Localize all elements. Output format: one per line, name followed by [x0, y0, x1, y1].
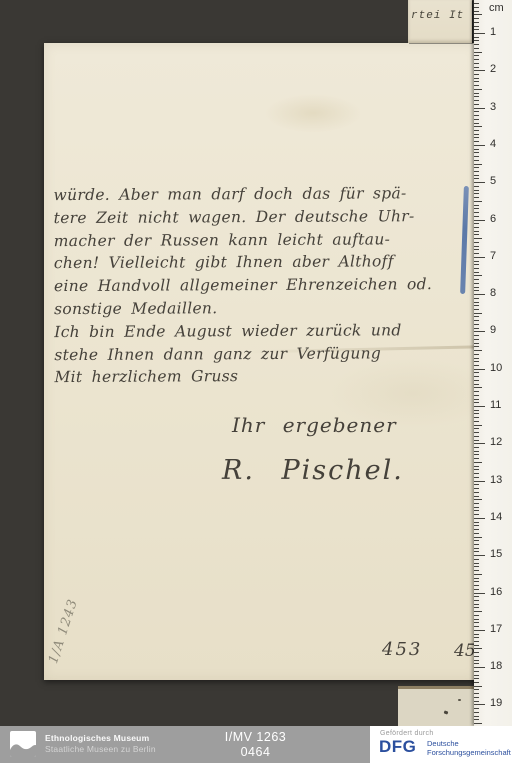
ruler-tick — [474, 93, 479, 94]
ruler-tick — [474, 220, 485, 221]
ruler-tick — [474, 589, 479, 590]
funding-label: Gefördert durch — [380, 730, 434, 737]
ruler-tick — [474, 372, 479, 373]
ruler-tick — [474, 376, 479, 377]
ruler-tick — [474, 272, 479, 273]
ruler-tick — [474, 14, 482, 15]
ruler-number: 1 — [490, 26, 496, 38]
ruler-number: 8 — [490, 287, 496, 299]
ruler-tick — [474, 469, 479, 470]
ruler-tick — [474, 253, 479, 254]
ruler-tick — [474, 432, 479, 433]
ruler-tick — [474, 149, 479, 150]
ruler-tick — [474, 89, 482, 90]
ruler-tick — [474, 197, 479, 198]
ruler-number: 18 — [490, 660, 502, 672]
ruler-tick — [474, 186, 479, 187]
ruler-tick — [474, 261, 479, 262]
ruler-tick — [474, 287, 479, 288]
scan-viewport: würde. Aber man darf doch das für spä- t… — [0, 0, 512, 763]
ruler-tick — [474, 193, 479, 194]
ruler-tick — [474, 171, 479, 172]
ruler-tick — [474, 331, 485, 332]
ruler-number: 12 — [490, 436, 502, 448]
inventory-block: I/MV 1263 0464 — [178, 730, 333, 759]
ruler-tick — [474, 648, 482, 649]
ruler-tick — [474, 81, 479, 82]
ruler-tick — [474, 413, 479, 414]
ruler-tick — [474, 473, 479, 474]
ruler-tick — [474, 496, 479, 497]
ruler-tick — [474, 208, 479, 209]
ruler-tick — [474, 462, 482, 463]
ruler-tick — [474, 85, 479, 86]
ruler-tick — [474, 555, 485, 556]
dfg-org-name: Deutsche Forschungsgemeinschaft — [427, 740, 511, 757]
ruler-tick — [474, 190, 479, 191]
ruler-tick — [474, 525, 479, 526]
ruler-tick — [474, 712, 479, 713]
ruler-tick — [474, 223, 479, 224]
ruler-tick — [474, 33, 485, 34]
ruler-tick — [474, 234, 479, 235]
ruler-tick — [474, 693, 479, 694]
ruler-tick — [474, 428, 479, 429]
ruler-tick — [474, 350, 482, 351]
ruler-tick — [474, 488, 479, 489]
ruler-tick — [474, 130, 479, 131]
ruler-tick — [474, 645, 479, 646]
ink-speck — [458, 699, 461, 701]
ruler-tick — [474, 667, 485, 668]
ruler-tick — [474, 585, 479, 586]
ruler-tick — [474, 343, 479, 344]
ruler-tick — [474, 656, 479, 657]
ruler-tick — [474, 626, 479, 627]
ruler-tick — [474, 551, 479, 552]
ruler-tick — [474, 104, 479, 105]
ruler-tick — [474, 593, 485, 594]
ruler-tick — [474, 242, 479, 243]
ruler-tick — [474, 227, 479, 228]
ruler-tick — [474, 559, 479, 560]
paper-fragment-typed: rtei It — [408, 0, 472, 43]
ruler-tick — [474, 566, 479, 567]
ruler-tick — [474, 205, 479, 206]
ruler-tick — [474, 406, 485, 407]
ruler-number: 10 — [490, 362, 502, 374]
ruler-tick — [474, 48, 479, 49]
ruler-tick — [474, 268, 479, 269]
ruler-tick — [474, 652, 479, 653]
ruler-tick — [474, 447, 479, 448]
ruler-number: 13 — [490, 474, 502, 486]
signature: R. Pischel. — [222, 455, 404, 486]
ruler-tick — [474, 115, 479, 116]
museum-subtitle: Staatliche Museen zu Berlin — [45, 744, 156, 755]
ruler-tick — [474, 402, 479, 403]
ruler-tick — [474, 70, 485, 71]
ruler-tick — [474, 78, 479, 79]
ruler-tick — [474, 436, 479, 437]
ruler-tick — [474, 518, 485, 519]
ruler-tick — [474, 391, 479, 392]
letter-line: macher der Russen kann leicht auftau- — [54, 228, 472, 253]
ruler-tick — [474, 708, 479, 709]
ruler-tick — [474, 387, 482, 388]
ruler-tick — [474, 440, 479, 441]
ruler-tick — [474, 313, 482, 314]
smb-wave-icon — [10, 731, 36, 757]
ruler-tick — [474, 100, 479, 101]
ruler-tick — [474, 74, 479, 75]
ruler-tick — [474, 283, 479, 284]
ruler-tick — [474, 134, 479, 135]
ruler-tick — [474, 380, 479, 381]
ruler-tick — [474, 537, 482, 538]
page-number-partial: 45 — [454, 641, 476, 661]
letter-line: würde. Aber man darf doch das für spä- — [53, 182, 471, 207]
ruler-tick — [474, 175, 479, 176]
ruler-tick — [474, 619, 479, 620]
ruler-number: 2 — [490, 63, 496, 75]
ruler-tick — [474, 716, 479, 717]
museum-name: Ethnologisches Museum — [45, 733, 156, 744]
ruler-tick — [474, 275, 482, 276]
ruler-tick — [474, 167, 479, 168]
ruler-tick — [474, 111, 479, 112]
ruler-tick — [474, 421, 479, 422]
ruler-tick — [474, 11, 479, 12]
ruler-tick — [474, 458, 479, 459]
ruler-tick — [474, 604, 479, 605]
ruler-tick — [474, 316, 479, 317]
dfg-funding-box: Gefördert durch DFG Deutsche Forschungsg… — [370, 726, 512, 763]
ruler-unit-label: cm — [489, 2, 504, 14]
ruler-tick — [474, 689, 479, 690]
ruler-tick — [474, 578, 479, 579]
ruler-tick — [474, 499, 482, 500]
ruler-tick — [474, 466, 479, 467]
ruler-number: 17 — [490, 623, 502, 635]
ruler-tick — [474, 615, 479, 616]
ruler-tick — [474, 548, 479, 549]
ruler-tick — [474, 182, 485, 183]
ruler-tick — [474, 119, 479, 120]
ruler-tick — [474, 622, 479, 623]
ruler-tick — [474, 52, 482, 53]
letter-page: würde. Aber man darf doch das für spä- t… — [44, 43, 478, 680]
ruler-tick — [474, 484, 479, 485]
ruler-number: 9 — [490, 324, 496, 336]
footer-bar: Ethnologisches Museum Staatliche Museen … — [0, 726, 512, 763]
letter-body-text: würde. Aber man darf doch das für spä- t… — [53, 182, 472, 389]
ruler-tick — [474, 723, 482, 724]
ruler-tick — [474, 320, 479, 321]
ruler-tick — [474, 641, 479, 642]
ruler-tick — [474, 279, 479, 280]
ruler-tick — [474, 492, 479, 493]
ruler-number: 7 — [490, 250, 496, 262]
ruler-tick — [474, 686, 482, 687]
ruler-tick — [474, 671, 479, 672]
ruler-tick — [474, 701, 479, 702]
ruler-tick — [474, 164, 482, 165]
ruler-tick — [474, 44, 479, 45]
ruler-tick — [474, 55, 479, 56]
typed-fragment-text: rtei It — [411, 10, 464, 22]
ruler-number: 16 — [490, 586, 502, 598]
ruler-tick — [474, 264, 479, 265]
ruler-tick — [474, 451, 479, 452]
letter-line: stehe Ihnen dann ganz zur Verfügung — [54, 341, 472, 366]
ruler-tick — [474, 503, 479, 504]
ruler-tick — [474, 514, 479, 515]
ruler-tick — [474, 607, 479, 608]
ruler-tick — [474, 212, 479, 213]
ruler-tick — [474, 67, 479, 68]
ruler-tick — [474, 257, 485, 258]
ruler-number: 4 — [490, 138, 496, 150]
ruler-tick — [474, 7, 479, 8]
letter-line: eine Handvoll allgemeiner Ehrenzeichen o… — [54, 273, 472, 298]
closing-phrase: Ihr ergebener — [232, 413, 397, 437]
ruler-tick — [474, 611, 482, 612]
ruler-tick — [474, 454, 479, 455]
ruler-tick — [474, 96, 479, 97]
ruler-tick — [474, 697, 479, 698]
ruler-tick — [474, 18, 479, 19]
ruler-tick — [474, 533, 479, 534]
pencil-inventory-note: 1/A 1243 — [46, 571, 90, 666]
ruler-tick — [474, 249, 479, 250]
ruler-tick — [474, 108, 485, 109]
ruler-tick — [474, 425, 482, 426]
ruler-tick — [474, 294, 485, 295]
ruler-tick — [474, 145, 485, 146]
ruler-tick — [474, 358, 479, 359]
ruler-number: 3 — [490, 101, 496, 113]
page-number: 453 — [382, 639, 422, 660]
ruler-tick — [474, 600, 479, 601]
letter-line: tere Zeit nicht wagen. Der deutsche Uhr- — [54, 205, 472, 230]
ruler-tick — [474, 126, 482, 127]
ruler-tick — [474, 63, 479, 64]
ruler-tick — [474, 156, 479, 157]
ruler-tick — [474, 178, 479, 179]
ruler-tick — [474, 354, 479, 355]
ruler-tick — [474, 201, 482, 202]
ruler-tick — [474, 369, 485, 370]
ruler-tick — [474, 481, 485, 482]
inventory-number: I/MV 1263 — [178, 730, 333, 744]
letter-line: chen! Vielleicht gibt Ihnen aber Althoff — [54, 250, 472, 275]
ruler-tick — [474, 443, 485, 444]
ruler-tick — [474, 29, 479, 30]
ruler-tick — [474, 522, 479, 523]
ink-speck — [444, 710, 449, 714]
ruler-tick — [474, 384, 479, 385]
ruler-tick — [474, 141, 479, 142]
ruler-tick — [474, 123, 479, 124]
ruler-tick — [474, 574, 482, 575]
letter-line: sonstige Medaillen. — [54, 296, 472, 321]
ruler-tick — [474, 704, 485, 705]
ruler-tick — [474, 335, 479, 336]
ruler-tick — [474, 40, 479, 41]
ruler-number: 15 — [490, 548, 502, 560]
ruler-tick — [474, 216, 479, 217]
ruler-tick — [474, 302, 479, 303]
ruler-tick — [474, 395, 479, 396]
ruler-tick — [474, 510, 479, 511]
ruler-tick — [474, 719, 479, 720]
letter-line: Mit herzlichem Gruss — [54, 364, 472, 389]
ruler-tick — [474, 682, 479, 683]
ruler-tick — [474, 544, 479, 545]
ruler-tick — [474, 365, 479, 366]
ruler-tick — [474, 298, 479, 299]
ruler-tick — [474, 290, 479, 291]
image-number: 0464 — [178, 745, 333, 759]
ruler-tick — [474, 678, 479, 679]
ruler-tick — [474, 529, 479, 530]
ruler-tick — [474, 246, 479, 247]
ruler-tick — [474, 660, 479, 661]
ruler-tick — [474, 634, 479, 635]
ruler-tick — [474, 22, 479, 23]
ruler-tick — [474, 581, 479, 582]
ruler-tick — [474, 238, 482, 239]
ruler-tick — [474, 417, 479, 418]
ruler-tick — [474, 361, 479, 362]
ruler-tick — [474, 410, 479, 411]
ruler-tick — [474, 3, 479, 4]
ruler-tick — [474, 339, 479, 340]
ruler-tick — [474, 570, 479, 571]
museum-title-block: Ethnologisches Museum Staatliche Museen … — [45, 733, 156, 755]
ruler-number: 14 — [490, 511, 502, 523]
ruler-tick — [474, 540, 479, 541]
ruler-tick — [474, 477, 479, 478]
ruler-tick — [474, 399, 479, 400]
ruler-tick — [474, 675, 479, 676]
ruler-tick — [474, 137, 479, 138]
ruler-tick — [474, 663, 479, 664]
ruler-tick — [474, 346, 479, 347]
ruler-tick — [474, 324, 479, 325]
ruler-tick — [474, 630, 485, 631]
letter-line: Ich bin Ende August wieder zurück und — [54, 319, 472, 344]
ruler-number: 6 — [490, 213, 496, 225]
dfg-logo: DFG — [379, 737, 416, 757]
cm-ruler: cm 12345678910111213141516171819 — [474, 0, 512, 726]
ruler-tick — [474, 507, 479, 508]
ruler-tick — [474, 309, 479, 310]
ruler-number: 5 — [490, 175, 496, 187]
ruler-tick — [474, 231, 479, 232]
ruler-tick — [474, 563, 479, 564]
ruler-tick — [474, 328, 479, 329]
ruler-tick — [474, 26, 479, 27]
ruler-tick — [474, 160, 479, 161]
paper-fragment-bottom — [398, 686, 478, 729]
ruler-tick — [474, 152, 479, 153]
ruler-number: 19 — [490, 697, 502, 709]
ruler-tick — [474, 596, 479, 597]
ruler-tick — [474, 637, 479, 638]
ruler-tick — [474, 37, 479, 38]
ruler-tick — [474, 59, 479, 60]
ruler-number: 11 — [490, 399, 501, 411]
ruler-tick — [474, 305, 479, 306]
